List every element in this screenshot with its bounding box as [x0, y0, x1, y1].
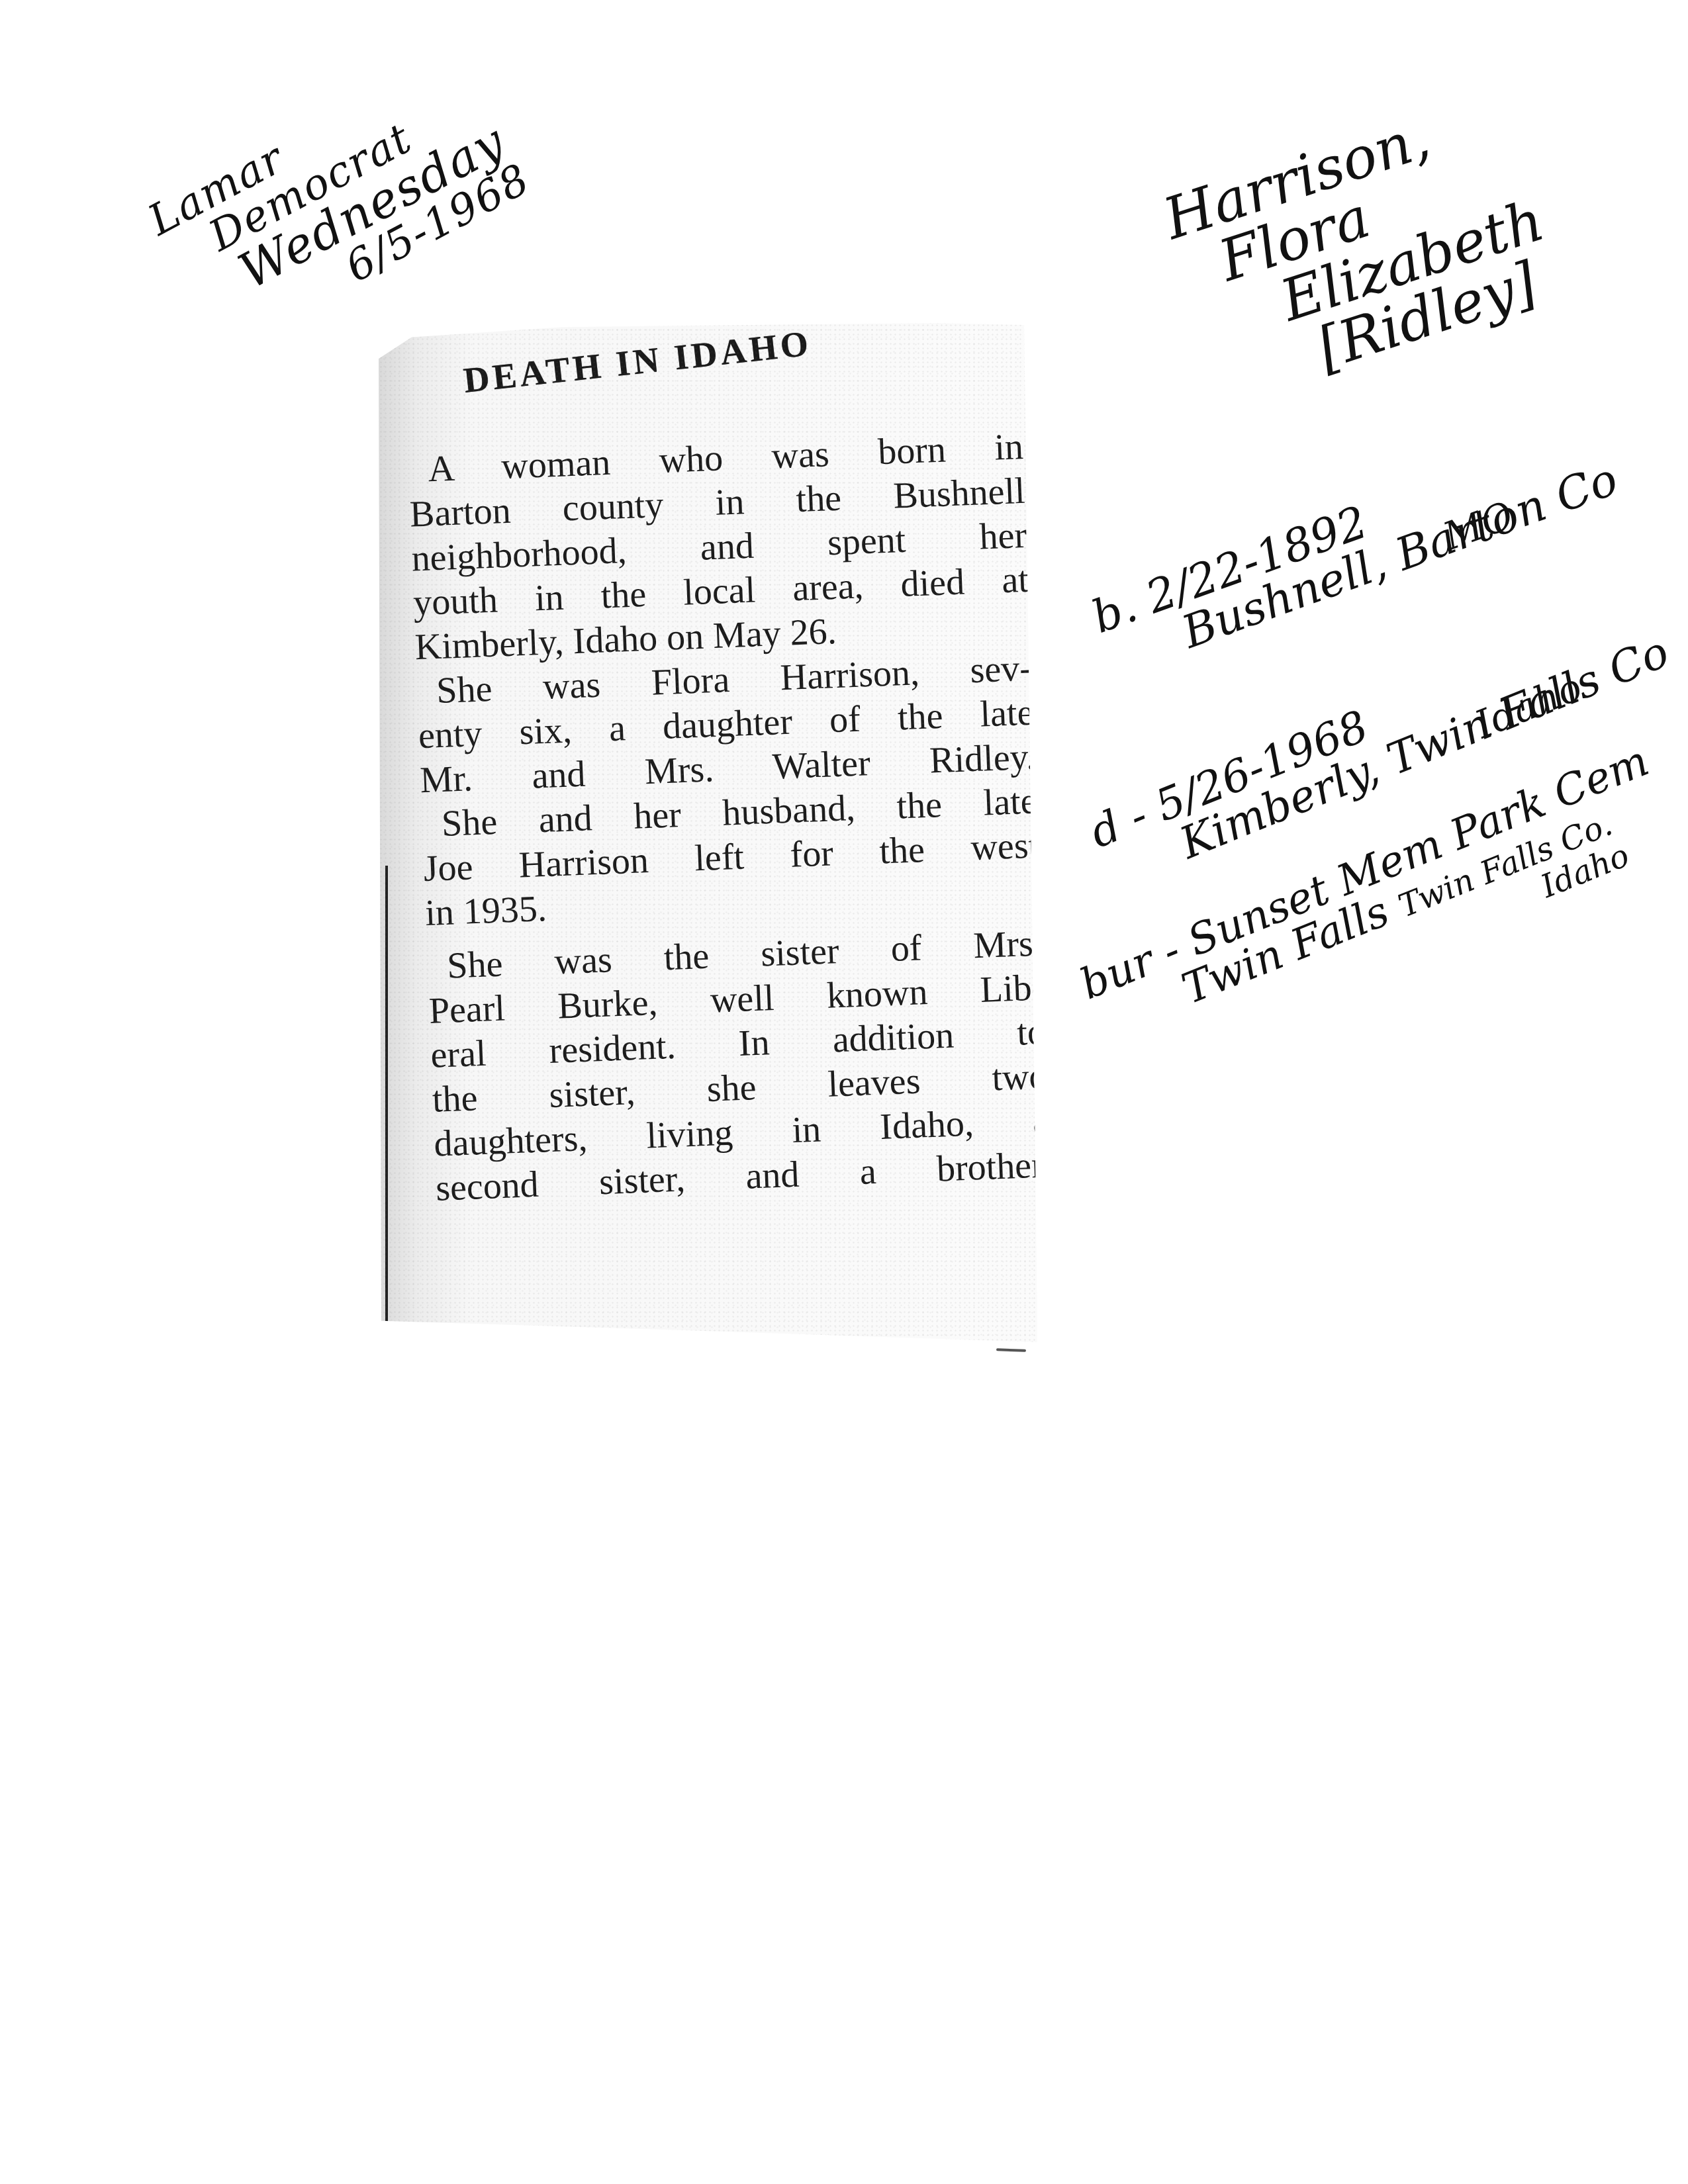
column-rule — [385, 866, 388, 1322]
newspaper-clipping: DEATH IN IDAHO A woman who was born inBa… — [379, 323, 1037, 1342]
handwritten-name-note: Harrison, Flora Elizabeth [Ridley] — [1158, 83, 1568, 410]
clipping-article-body: A woman who was born inBarton county in … — [407, 425, 1037, 1211]
clipping-headline: DEATH IN IDAHO — [461, 323, 814, 401]
clipping-content: DEATH IN IDAHO A woman who was born inBa… — [397, 323, 1037, 1342]
scan-artifact-mark — [996, 1348, 1026, 1352]
scanned-page: Lamar Democrat Wednesday 6/5-1968 Harris… — [0, 0, 1688, 2184]
handwritten-source-note: Lamar Democrat Wednesday 6/5-1968 — [142, 40, 537, 361]
